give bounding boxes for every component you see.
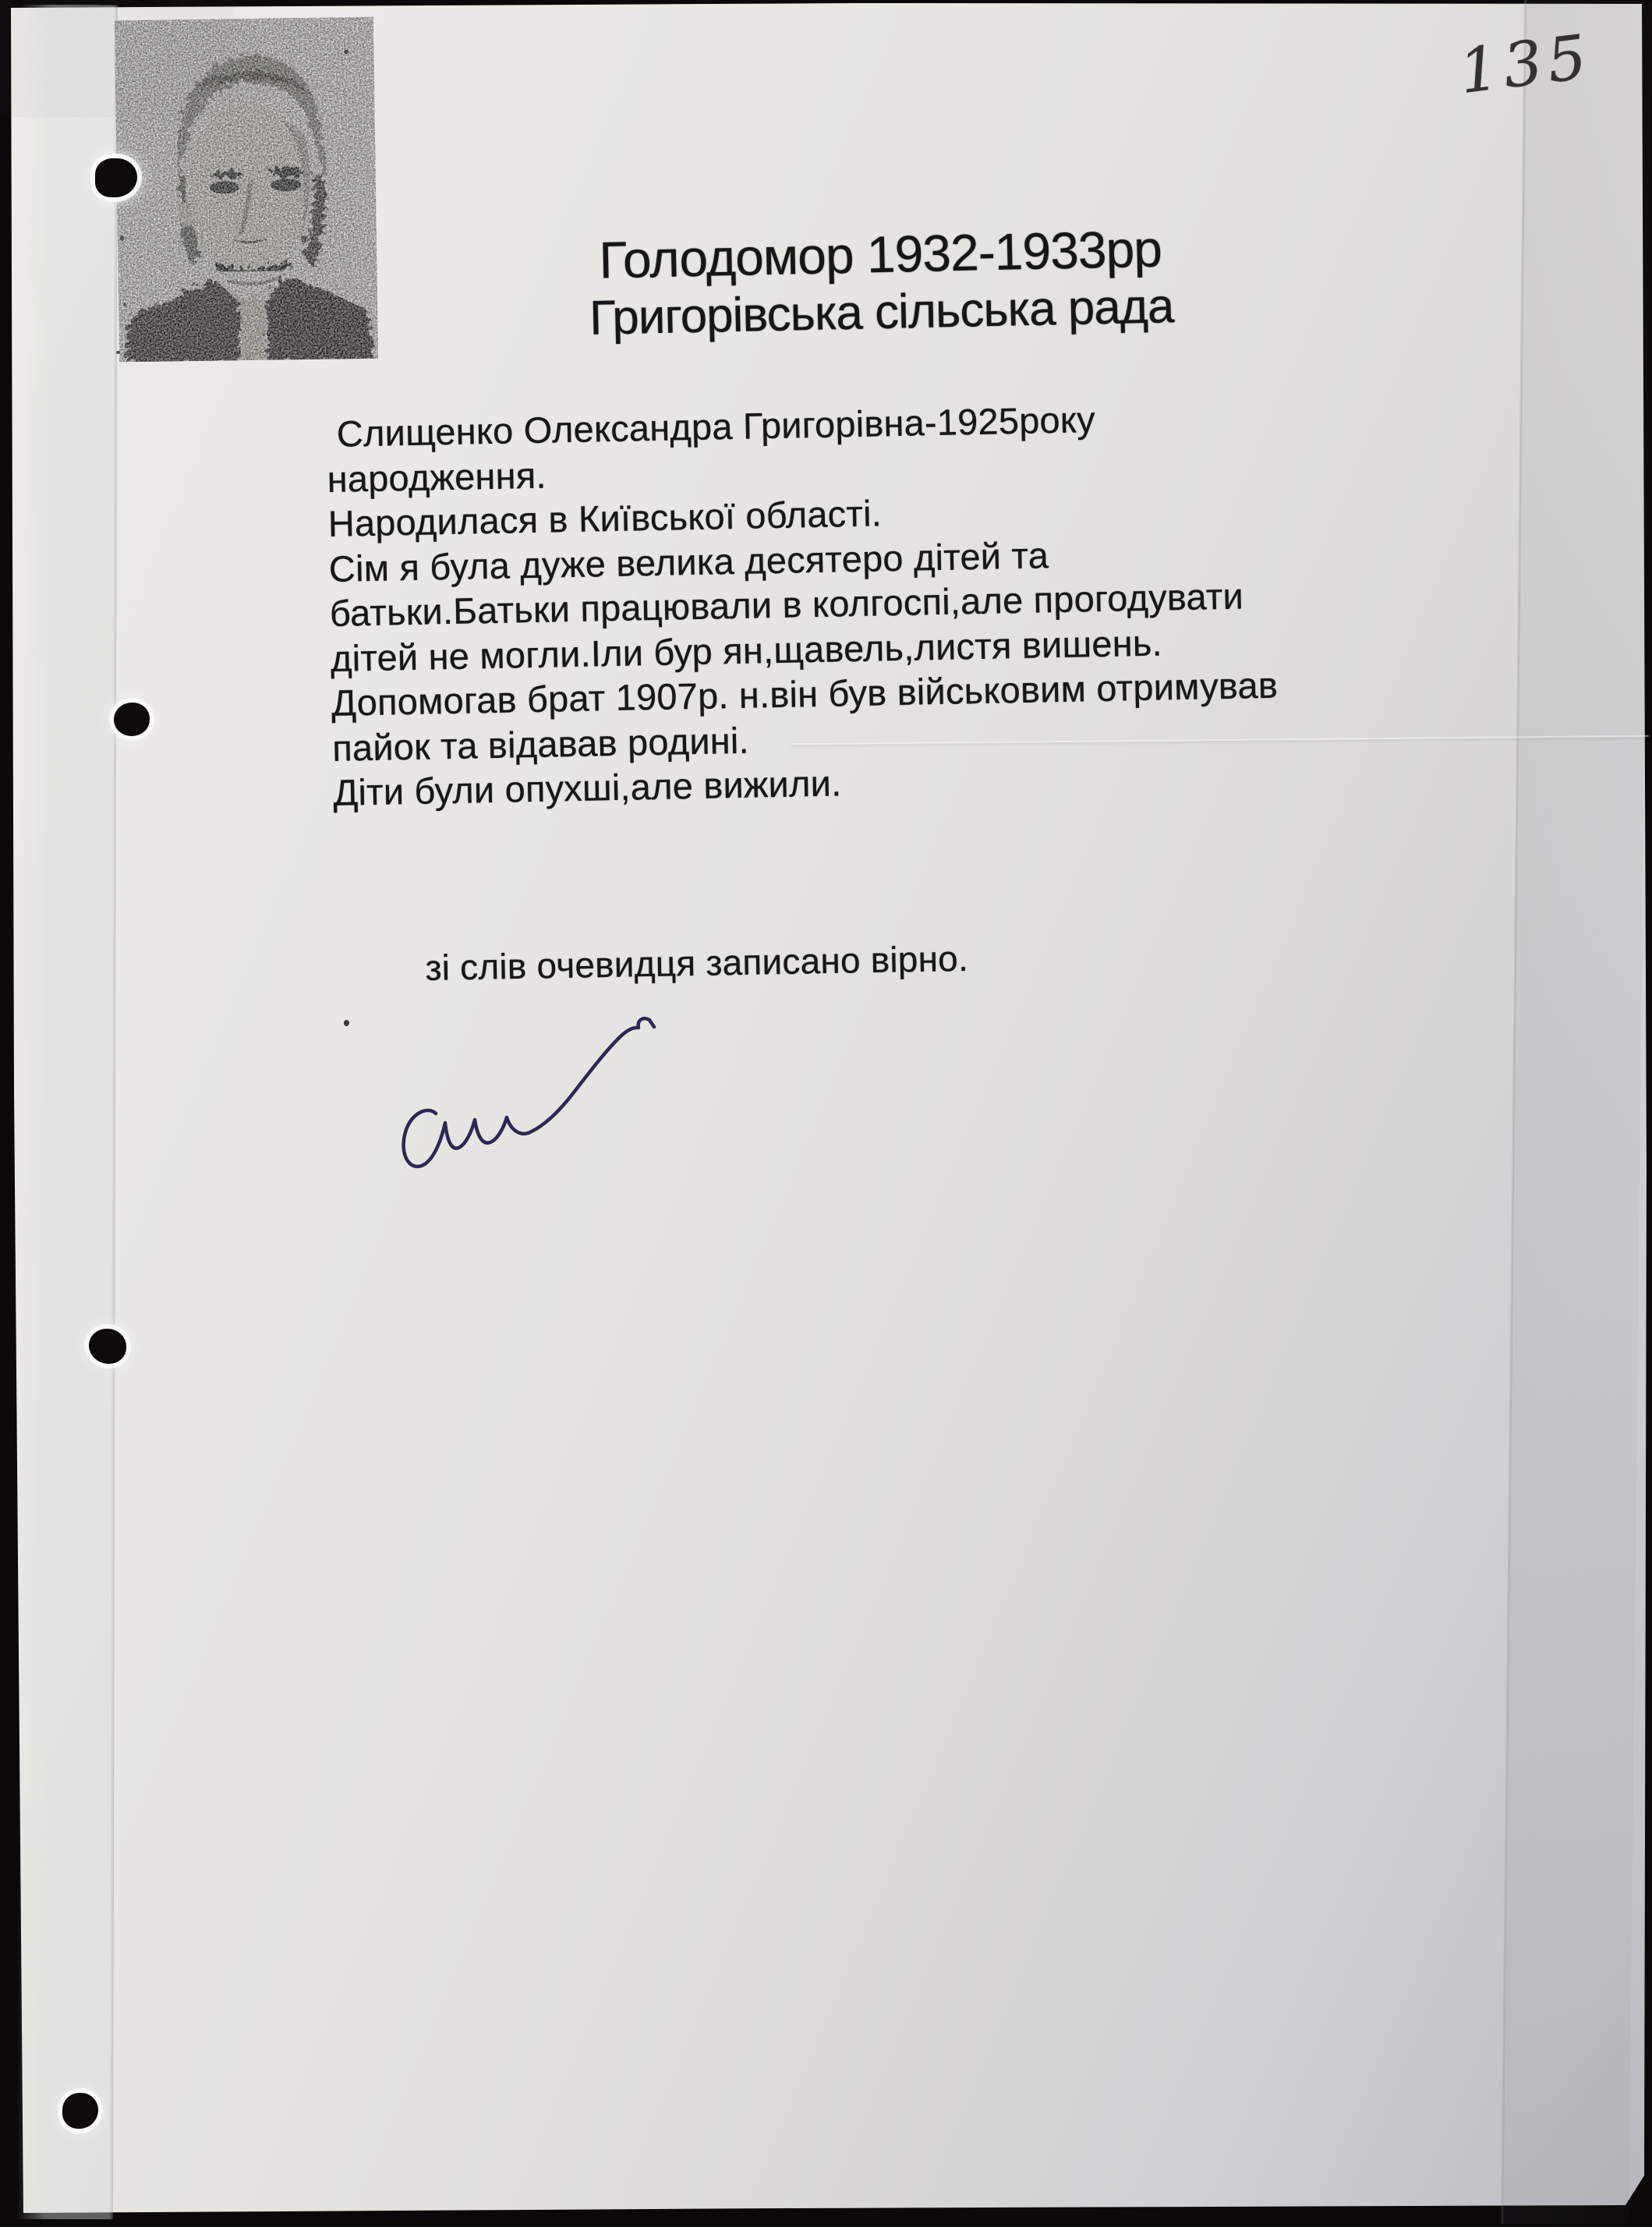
ink-speck (123, 303, 126, 306)
signature (343, 998, 686, 1185)
witness-photo (115, 17, 378, 363)
punch-hole (89, 1329, 126, 1364)
ink-speck (116, 351, 120, 354)
punch-hole (114, 703, 150, 736)
ink-speck (120, 235, 124, 241)
scanned-document: 135 Голодомор 1932-1933рр Григорівська с… (0, 0, 1652, 2227)
left-margin-band (16, 5, 118, 2219)
document-title: Голодомор 1932-1933рр Григорівська сільс… (459, 216, 1304, 351)
ink-speck (344, 50, 348, 54)
testimony-text: Слищенко Олександра Григорівна-1925року … (326, 389, 1519, 816)
fold-shadow (1502, 0, 1652, 2225)
